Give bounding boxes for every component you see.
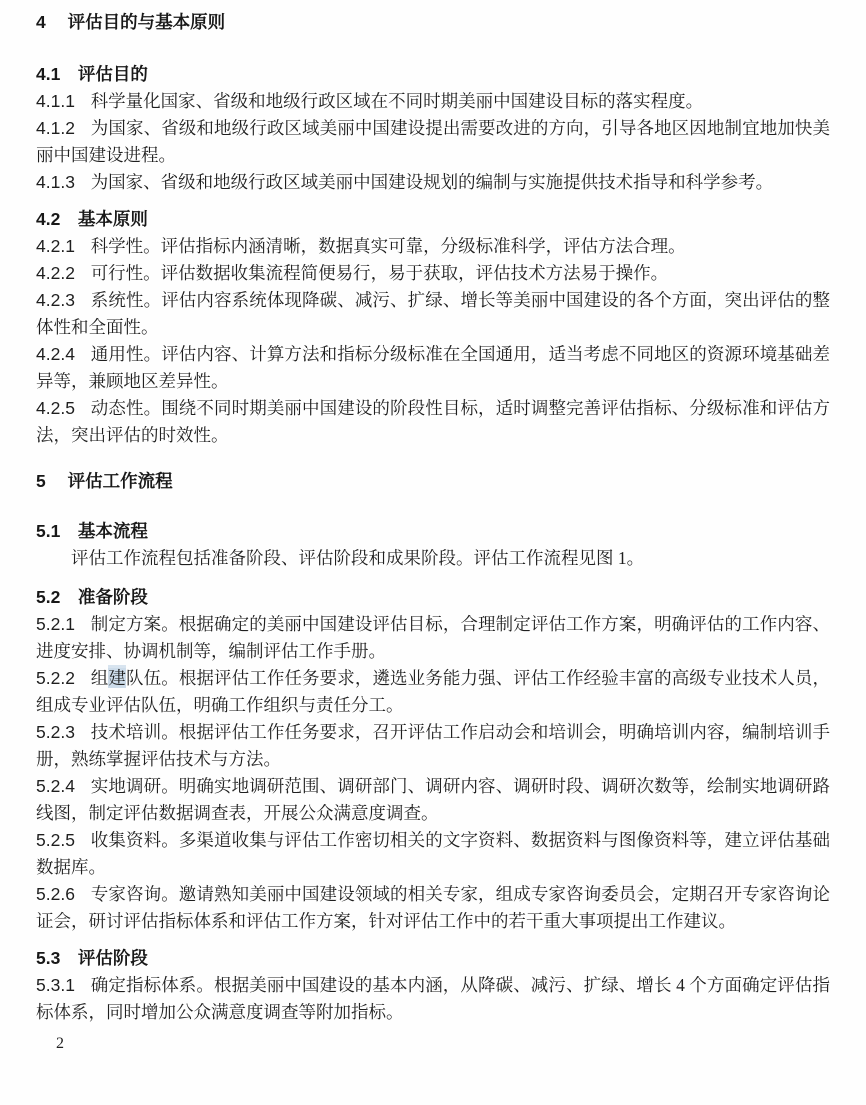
clause-text: 实地调研。明确实地调研范围、调研部门、调研内容、调研时段、调研次数等，绘制实地调… — [36, 776, 830, 823]
clause-4-2-1: 4.2.1科学性。评估指标内涵清晰，数据真实可靠，分级标准科学，评估方法合理。 — [36, 233, 830, 260]
clause-number: 5.2.4 — [36, 776, 75, 796]
clause-4-1-2: 4.1.2为国家、省级和地级行政区域美丽中国建设提出需要改进的方向，引导各地区因… — [36, 115, 830, 169]
clause-4-2-4: 4.2.4通用性。评估内容、计算方法和指标分级标准在全国通用，适当考虑不同地区的… — [36, 341, 830, 395]
clause-number: 4.2.1 — [36, 236, 75, 256]
subsection-number: 5.3 — [36, 948, 60, 968]
clause-text: 为国家、省级和地级行政区域美丽中国建设规划的编制与实施提供技术指导和科学参考。 — [91, 172, 774, 192]
clause-text: 制定方案。根据确定的美丽中国建设评估目标，合理制定评估工作方案，明确评估的工作内… — [36, 614, 830, 661]
clause-4-2-3: 4.2.3系统性。评估内容系统体现降碳、减污、扩绿、增长等美丽中国建设的各个方面… — [36, 287, 830, 341]
text-highlight: 建 — [108, 668, 126, 688]
clause-text: 技术培训。根据评估工作任务要求，召开评估工作启动会和培训会，明确培训内容，编制培… — [36, 722, 830, 769]
clause-text: 通用性。评估内容、计算方法和指标分级标准在全国通用，适当考虑不同地区的资源环境基… — [36, 344, 830, 391]
clause-5-2-1: 5.2.1制定方案。根据确定的美丽中国建设评估目标，合理制定评估工作方案，明确评… — [36, 611, 830, 665]
subsection-heading-5-1: 5.1基本流程 — [36, 518, 830, 545]
clause-text: 为国家、省级和地级行政区域美丽中国建设提出需要改进的方向，引导各地区因地制宜地加… — [36, 118, 830, 165]
clause-number: 4.2.2 — [36, 263, 75, 283]
clause-number: 4.2.5 — [36, 398, 75, 418]
page-number: 2 — [36, 1030, 830, 1057]
section-title: 评估工作流程 — [68, 471, 173, 491]
clause-text: 收集资料。多渠道收集与评估工作密切相关的文字资料、数据资料与图像资料等，建立评估… — [36, 830, 830, 877]
subsection-number: 4.2 — [36, 209, 60, 229]
subsection-title: 评估阶段 — [78, 948, 148, 968]
subsection-title: 评估目的 — [78, 64, 148, 84]
clause-number: 5.2.6 — [36, 884, 75, 904]
subsection-heading-5-2: 5.2准备阶段 — [36, 584, 830, 611]
section-title: 评估目的与基本原则 — [68, 12, 226, 32]
clause-text: 科学性。评估指标内涵清晰，数据真实可靠，分级标准科学，评估方法合理。 — [91, 236, 686, 256]
clause-number: 4.1.3 — [36, 172, 75, 192]
clause-text: 动态性。围绕不同时期美丽中国建设的阶段性目标，适时调整完善评估指标、分级标准和评… — [36, 398, 830, 445]
subsection-title: 基本原则 — [78, 209, 148, 229]
clause-text-pre: 组 — [91, 668, 109, 688]
clause-number: 5.2.3 — [36, 722, 75, 742]
clause-text: 系统性。评估内容系统体现降碳、减污、扩绿、增长等美丽中国建设的各个方面，突出评估… — [36, 290, 830, 337]
clause-4-2-2: 4.2.2可行性。评估数据收集流程简便易行，易于获取，评估技术方法易于操作。 — [36, 260, 830, 287]
subsection-heading-4-1: 4.1评估目的 — [36, 61, 830, 88]
subsection-heading-5-3: 5.3评估阶段 — [36, 945, 830, 972]
section-heading-5: 5评估工作流程 — [36, 468, 830, 495]
clause-4-1-1: 4.1.1科学量化国家、省级和地级行政区域在不同时期美丽中国建设目标的落实程度。 — [36, 88, 830, 115]
section-number: 4 — [36, 12, 46, 32]
subsection-number: 5.1 — [36, 521, 60, 541]
section-heading-4: 4评估目的与基本原则 — [36, 9, 830, 36]
clause-number: 5.2.2 — [36, 668, 75, 688]
subsection-heading-4-2: 4.2基本原则 — [36, 206, 830, 233]
clause-5-2-6: 5.2.6专家咨询。邀请熟知美丽中国建设领域的相关专家，组成专家咨询委员会，定期… — [36, 881, 830, 935]
clause-4-2-5: 4.2.5动态性。围绕不同时期美丽中国建设的阶段性目标，适时调整完善评估指标、分… — [36, 395, 830, 449]
clause-5-3-1: 5.3.1确定指标体系。根据美丽中国建设的基本内涵，从降碳、减污、扩绿、增长 4… — [36, 972, 830, 1026]
subsection-title: 准备阶段 — [78, 587, 148, 607]
clause-text: 确定指标体系。根据美丽中国建设的基本内涵，从降碳、减污、扩绿、增长 4 个方面确… — [36, 975, 830, 1022]
clause-number: 4.1.1 — [36, 91, 75, 111]
clause-number: 4.2.3 — [36, 290, 75, 310]
clause-5-2-5: 5.2.5收集资料。多渠道收集与评估工作密切相关的文字资料、数据资料与图像资料等… — [36, 827, 830, 881]
clause-number: 4.1.2 — [36, 118, 75, 138]
subsection-title: 基本流程 — [78, 521, 148, 541]
clause-text: 专家咨询。邀请熟知美丽中国建设领域的相关专家，组成专家咨询委员会，定期召开专家咨… — [36, 884, 830, 931]
clause-number: 5.3.1 — [36, 975, 75, 995]
clause-number: 4.2.4 — [36, 344, 75, 364]
clause-5-2-2: 5.2.2组建队伍。根据评估工作任务要求，遴选业务能力强、评估工作经验丰富的高级… — [36, 665, 830, 719]
clause-text: 科学量化国家、省级和地级行政区域在不同时期美丽中国建设目标的落实程度。 — [91, 91, 704, 111]
clause-number: 5.2.1 — [36, 614, 75, 634]
clause-text: 可行性。评估数据收集流程简便易行，易于获取，评估技术方法易于操作。 — [91, 263, 669, 283]
clause-text-post: 队伍。根据评估工作任务要求，遴选业务能力强、评估工作经验丰富的高级专业技术人员，… — [36, 668, 830, 715]
clause-5-2-4: 5.2.4实地调研。明确实地调研范围、调研部门、调研内容、调研时段、调研次数等，… — [36, 773, 830, 827]
document-page: 4评估目的与基本原则 4.1评估目的 4.1.1科学量化国家、省级和地级行政区域… — [0, 0, 866, 1105]
section-number: 5 — [36, 471, 46, 491]
paragraph-5-1: 评估工作流程包括准备阶段、评估阶段和成果阶段。评估工作流程见图 1。 — [36, 545, 830, 572]
subsection-number: 5.2 — [36, 587, 60, 607]
clause-number: 5.2.5 — [36, 830, 75, 850]
clause-5-2-3: 5.2.3技术培训。根据评估工作任务要求，召开评估工作启动会和培训会，明确培训内… — [36, 719, 830, 773]
clause-4-1-3: 4.1.3为国家、省级和地级行政区域美丽中国建设规划的编制与实施提供技术指导和科… — [36, 169, 830, 196]
subsection-number: 4.1 — [36, 64, 60, 84]
